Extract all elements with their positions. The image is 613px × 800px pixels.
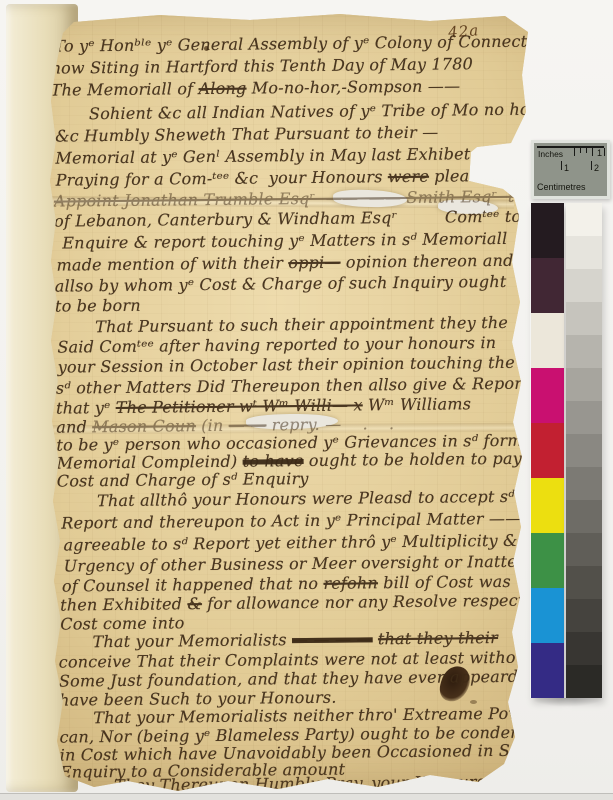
centimetres-label: Centimetres	[537, 182, 586, 192]
grayscale-step-4	[566, 335, 602, 368]
text-run: to	[490, 772, 507, 791]
text-run: your	[496, 144, 534, 163]
paper-vignette	[0, 0, 613, 800]
color-patch-azure	[531, 588, 564, 643]
grayscale-step-9	[566, 500, 602, 533]
inch-number: 1	[597, 148, 602, 158]
manuscript-page: 42a To yᵉ Honᵇˡᵉ yᵉ General Assembly of …	[0, 0, 613, 800]
grayscale-step-5	[566, 368, 602, 401]
color-patch-dark-plum	[531, 258, 564, 313]
color-patch-indigo	[531, 643, 564, 698]
ruler-tick	[592, 148, 593, 156]
ruler-tick	[561, 161, 562, 170]
grayscale-step-12	[566, 599, 602, 632]
color-patch-yellow	[531, 478, 564, 533]
grayscale-step-7	[566, 434, 602, 467]
ruler-tick	[574, 148, 575, 156]
grayscale-step-2	[566, 269, 602, 302]
grayscale-step-14	[566, 665, 602, 698]
color-patch-green	[531, 533, 564, 588]
grayscale-step-10	[566, 533, 602, 566]
ruler-baseline	[537, 146, 604, 148]
grayscale-column	[566, 203, 602, 698]
strip-shadow	[531, 698, 603, 707]
ruler-tick	[580, 148, 581, 153]
ruler-tick	[586, 148, 587, 153]
cm-number: 2	[594, 163, 599, 173]
photo-background: 42a To yᵉ Honᵇˡᵉ yᵉ General Assembly of …	[0, 0, 613, 800]
ruler-tick	[604, 148, 605, 156]
grayscale-step-13	[566, 632, 602, 665]
grayscale-step-11	[566, 566, 602, 599]
grayscale-step-6	[566, 401, 602, 434]
color-patch-magenta	[531, 368, 564, 423]
grayscale-step-3	[566, 302, 602, 335]
scale-card: Inches 1 1 2 Centimetres	[531, 140, 610, 199]
bottom-edge-band	[0, 793, 613, 800]
color-patch-red	[531, 423, 564, 478]
grayscale-step-0	[566, 203, 602, 236]
inches-label: Inches	[538, 149, 563, 159]
ruler-tick	[591, 161, 592, 170]
cm-number: 1	[564, 163, 569, 173]
grayscale-step-1	[566, 236, 602, 269]
color-patch-off-white	[531, 313, 564, 368]
color-patch-black	[531, 203, 564, 258]
grayscale-step-8	[566, 467, 602, 500]
color-patch-column	[531, 203, 564, 698]
